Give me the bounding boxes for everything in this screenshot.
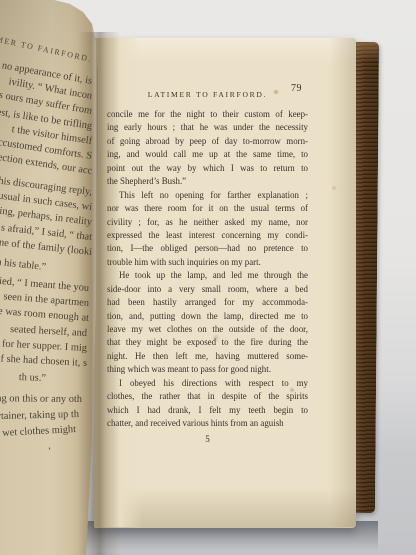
body-line: This left no opening for farther explana… [107, 189, 308, 202]
body-line: civility ; for, as he neither asked my n… [107, 216, 308, 229]
page-number: 79 [291, 83, 302, 94]
body-line: leave my wet clothes on the outside of t… [107, 323, 308, 336]
body-line: tion, and, putting down the lamp, direct… [107, 310, 308, 323]
body-line: trouble him with such inquiries on my pa… [107, 256, 308, 269]
body-line: nor was there room for it on the usual t… [107, 202, 308, 215]
left-body-line: ing on this or any oth [0, 390, 82, 407]
left-page: MER TO FAIRFORD.e no appearance of it, i… [0, 0, 100, 555]
left-signature-mark: ’ [48, 446, 51, 456]
body-line: of going abroad by peep of day to-morrow… [107, 135, 308, 148]
left-page-text: MER TO FAIRFORD.e no appearance of it, i… [0, 52, 92, 437]
running-header: LATIMER TO FAIRFORD. 79 [107, 84, 308, 96]
book-photo: LATIMER TO FAIRFORD. 79 concile me for t… [0, 0, 416, 555]
body-line: point out the way by which I was to retu… [107, 162, 308, 175]
body-line: clothes, the rather that in despite of t… [107, 390, 308, 403]
body-line: He took up the lamp, and led me through … [107, 269, 308, 282]
right-page: LATIMER TO FAIRFORD. 79 concile me for t… [94, 38, 356, 528]
right-page-body: concile me for the night to their custom… [107, 108, 308, 431]
body-line: night. He then left me, having muttered … [107, 350, 308, 363]
body-line: tion, I—the obliged person—had no preten… [107, 242, 308, 255]
signature-mark: 5 [107, 434, 308, 444]
body-line: chatter, and received various hints from… [107, 417, 308, 430]
left-body-line: my wet clothes might [0, 422, 76, 449]
body-line: ing early hours ; that he was under the … [107, 121, 308, 134]
running-header-title: LATIMER TO FAIRFORD. [148, 90, 267, 99]
body-line: expressed the least interest concerning … [107, 229, 308, 242]
body-line: that they might be exposed to the fire d… [107, 336, 308, 349]
body-line: thing which was meant to pass for good n… [107, 363, 308, 376]
body-line: which I had drank, I felt my teeth begin… [107, 404, 308, 417]
body-line: side-door into a very small room, where … [107, 283, 308, 296]
body-line: ing, and would call me up at the same ti… [107, 148, 308, 161]
body-line: I obeyed his directions with respect to … [107, 377, 308, 390]
left-running-header: MER TO FAIRFORD. [0, 0, 94, 67]
body-line: had been hastily arranged for my accommo… [107, 296, 308, 309]
body-line: concile me for the night to their custom… [107, 108, 308, 121]
body-line: the Shepherd’s Bush.” [107, 175, 308, 188]
